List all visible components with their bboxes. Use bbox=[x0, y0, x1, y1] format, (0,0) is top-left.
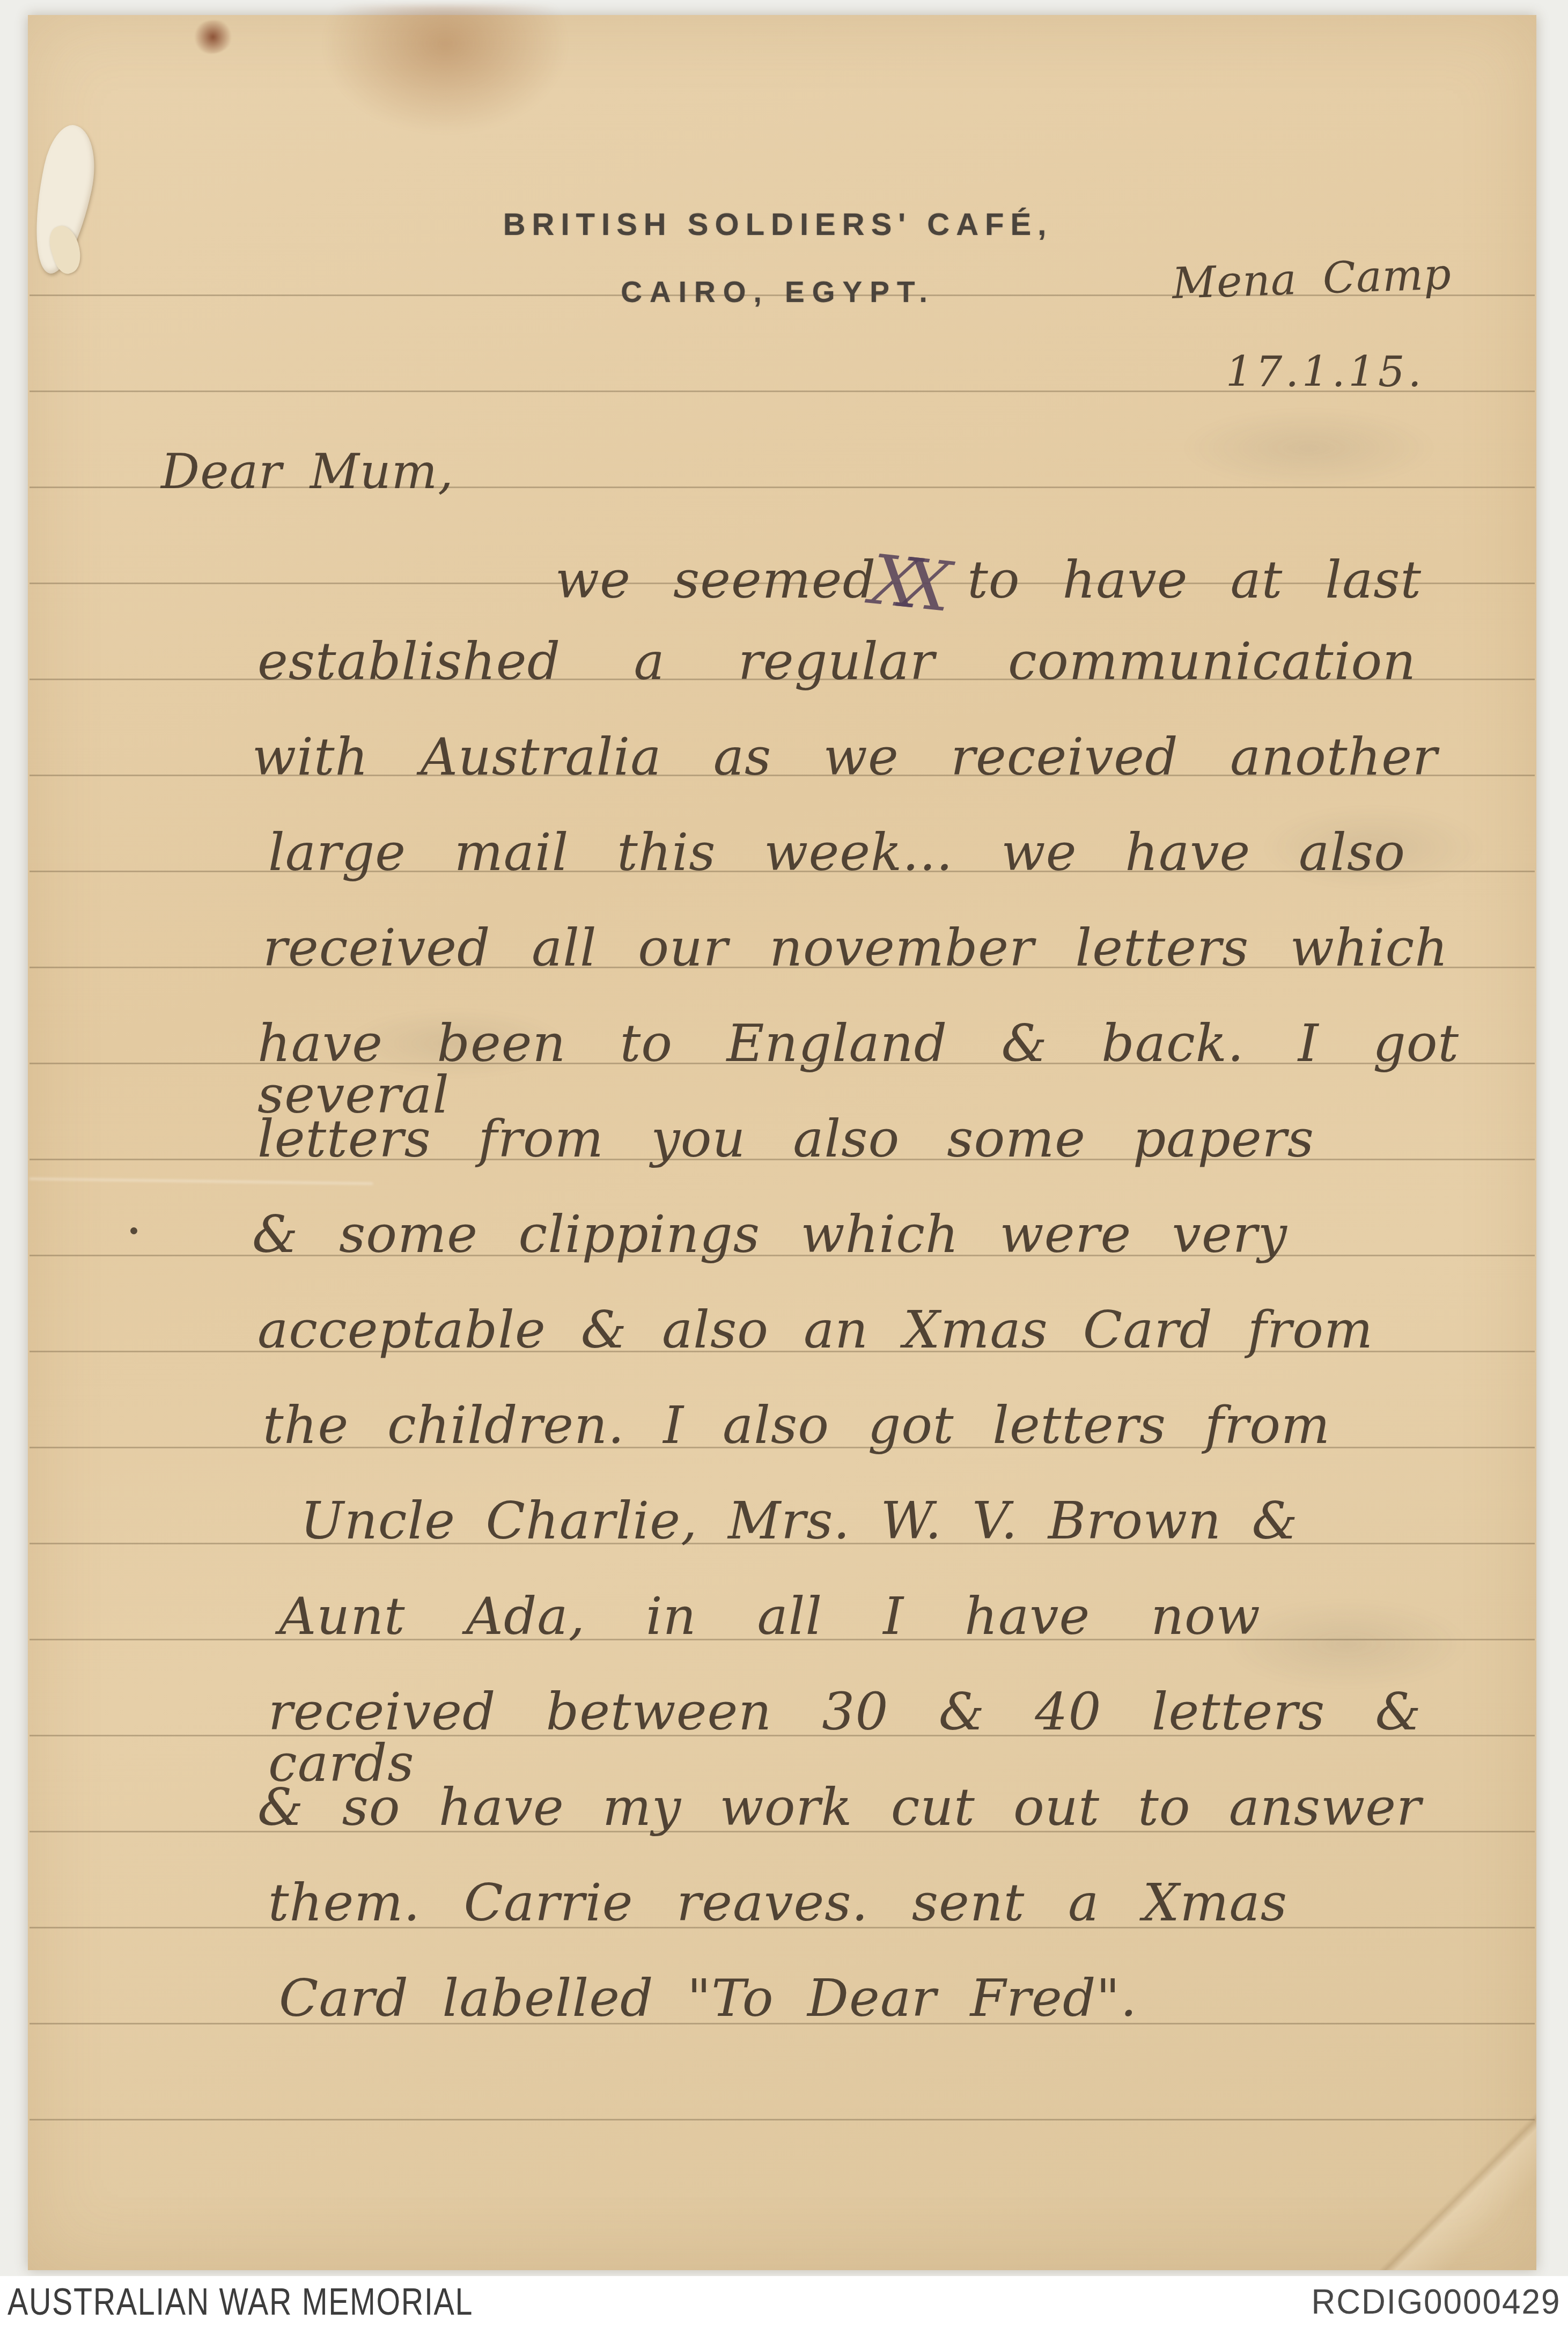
letter-salutation: Dear Mum, bbox=[161, 448, 454, 496]
letter-body-line: received all our november letters which bbox=[263, 922, 1448, 981]
scanned-letter-page: BRITISH SOLDIERS' CAFÉ, CAIRO, EGYPT. Me… bbox=[0, 0, 1568, 2327]
letter-body-line: have been to England & back. I got sever… bbox=[257, 1018, 1459, 1077]
letter-body-line: with Australia as we received another bbox=[252, 731, 1438, 790]
letter-body-line: them. Carrie reaves. sent a Xmas bbox=[268, 1877, 1287, 1936]
letter-body-line: acceptable & also an Xmas Card from bbox=[257, 1304, 1373, 1363]
letter-body-line: & so have my work cut out to answer bbox=[257, 1781, 1422, 1840]
letter-body-line: large mail this week... we have also bbox=[268, 827, 1405, 886]
letter-body-line: & some clippings which were very bbox=[252, 1209, 1287, 1268]
corner-fold-crease bbox=[1352, 2103, 1536, 2270]
letter-location: Mena Camp bbox=[1172, 253, 1452, 305]
letter-body-line: received between 30 & 40 letters & cards bbox=[268, 1686, 1422, 1745]
letterhead-city: CAIRO, EGYPT. bbox=[440, 275, 1116, 309]
archive-name-label: AUSTRALIAN WAR MEMORIAL bbox=[8, 2280, 473, 2323]
letter-body-line: established a regular communication bbox=[257, 636, 1416, 695]
letter-text: we seemed bbox=[555, 550, 876, 610]
letter-body-line: Card labelled "To Dear Fred". bbox=[279, 1972, 1137, 2031]
strikeout-scribble: XX bbox=[868, 546, 936, 620]
letter-text: to have at last bbox=[967, 550, 1422, 610]
letter-body-line: Uncle Charlie, Mrs. W. V. Brown & bbox=[300, 1495, 1298, 1554]
ink-showthrough bbox=[1180, 408, 1438, 488]
letter-body-line: the children. I also got letters from bbox=[263, 1400, 1330, 1459]
letter-body-line: we seemed XX to have at last bbox=[555, 540, 1422, 599]
letter-body-line: Aunt Ada, in all I have now bbox=[279, 1590, 1261, 1649]
stray-ink-dot bbox=[130, 1227, 137, 1234]
reference-id-label: RCDIG0000429 bbox=[1311, 2282, 1560, 2322]
letter-date: 17.1.15. bbox=[1226, 351, 1425, 393]
paper-stain bbox=[322, 5, 569, 134]
letterhead-cafe-name: BRITISH SOLDIERS' CAFÉ, bbox=[440, 207, 1116, 242]
letter-body-line: letters from you also some papers bbox=[257, 1113, 1314, 1172]
footer-bar: AUSTRALIAN WAR MEMORIAL RCDIG0000429 bbox=[0, 2276, 1568, 2327]
